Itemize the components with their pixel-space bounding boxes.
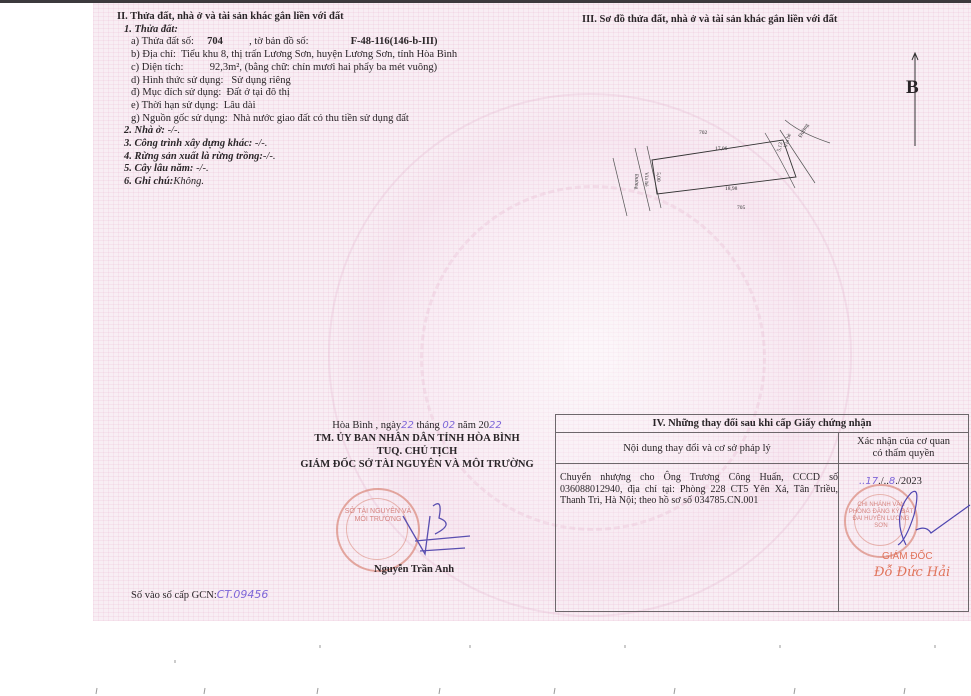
neighbor-bottom: 705 xyxy=(737,205,746,211)
address-row: b) Địa chỉ: Tiểu khu 8, thị trấn Lương S… xyxy=(117,49,457,62)
use-term-row: e) Thời hạn sử dụng: Lâu dài xyxy=(117,100,457,113)
forest-row: 4. Rừng sản xuất là rừng trồng:-/-. xyxy=(117,151,457,164)
signer-name: Nguyễn Trần Anh xyxy=(374,564,454,575)
item-value: Không. xyxy=(173,176,204,187)
month-label: tháng xyxy=(414,420,443,431)
authority-line-3: GIÁM ĐỐC SỞ TÀI NGUYÊN VÀ MÔI TRƯỜNG xyxy=(297,458,537,471)
land-heading: 1. Thửa đất: xyxy=(117,24,457,37)
bottom-margin-marks xyxy=(0,640,971,696)
map-label: , tờ bản đồ số: xyxy=(249,36,309,47)
map-number: F-48-116(146-b-III) xyxy=(351,36,438,47)
gcn-label: Số vào sổ cấp GCN: xyxy=(131,590,217,601)
item-value: -/-. xyxy=(263,151,276,162)
section-3-title: III. Sơ đồ thửa đất, nhà ở và tài sản kh… xyxy=(582,14,837,25)
confirm-title: GIÁM ĐỐC xyxy=(882,551,933,562)
signature-icon xyxy=(395,496,475,566)
signature-block: Hòa Bình , ngày22 tháng 02 năm 2022 TM. … xyxy=(297,419,537,471)
sign-date: Hòa Bình , ngày22 tháng 02 năm 2022 xyxy=(297,419,537,432)
item-label: 4. Rừng sản xuất là rừng trồng: xyxy=(124,151,263,162)
section-4-title: IV. Những thay đổi sau khi cấp Giấy chứn… xyxy=(556,415,968,433)
perennial-row: 5. Cây lâu năm: -/-. xyxy=(117,163,457,176)
right-road: Đường xyxy=(798,122,811,139)
item-label: 6. Ghi chú: xyxy=(124,176,173,187)
section-land-info: II. Thửa đất, nhà ở và tài sản khác gắn … xyxy=(117,11,457,189)
left-road: Đường xyxy=(633,174,639,190)
parcel-diagram: 702 17,06 18,98 705 5,00 Vỉa hè Đường 5,… xyxy=(605,118,835,218)
item-value: -/-. xyxy=(252,138,267,149)
neighbor-top: 702 xyxy=(699,130,708,136)
col2-line2: có thẩm quyền xyxy=(839,448,968,460)
parcel-number: 704 xyxy=(207,36,223,47)
item-label: 5. Cây lâu năm: xyxy=(124,163,193,174)
item-label: 3. Công trình xây dựng khác: xyxy=(124,138,252,149)
note-row: 6. Ghi chú:Không. xyxy=(117,176,457,189)
gcn-registry: Số vào sổ cấp GCN:CT.09456 xyxy=(131,588,268,601)
use-origin-row: g) Nguồn gốc sử dụng: Nhà nước giao đất … xyxy=(117,113,457,126)
area-value: 92,3m², (bằng chữ: chín mươi hai phẩy ba… xyxy=(210,62,437,73)
sign-year: 22 xyxy=(489,420,502,431)
sign-month: 02 xyxy=(442,420,455,431)
use-form-row: d) Hình thức sử dụng: Sử dụng riêng xyxy=(117,75,457,88)
col-change-content: Nội dung thay đổi và cơ sở pháp lý xyxy=(556,433,839,463)
item-value: -/-. xyxy=(193,163,208,174)
col2-line1: Xác nhận của cơ quan xyxy=(839,436,968,448)
changes-table: IV. Những thay đổi sau khi cấp Giấy chứn… xyxy=(555,414,969,612)
change-content: Chuyển nhượng cho Ông Trương Công Huấn, … xyxy=(556,464,839,611)
section-2-title: II. Thửa đất, nhà ở và tài sản khác gắn … xyxy=(117,11,457,24)
sign-place: Hòa Bình , ngày xyxy=(332,420,401,431)
year-label: năm 20 xyxy=(455,420,489,431)
changes-header: Nội dung thay đổi và cơ sở pháp lý Xác n… xyxy=(556,433,968,464)
use-purpose-row: đ) Mục đích sử dụng: Đất ở tại đô thị xyxy=(117,87,457,100)
left-curb: Vỉa hè xyxy=(643,172,649,187)
confirm-name: Đỗ Đức Hải xyxy=(874,565,950,580)
item-value: -/-. xyxy=(165,125,180,136)
parcel-label: a) Thửa đất số: xyxy=(131,36,194,47)
house-row: 2. Nhà ở: -/-. xyxy=(117,125,457,138)
bottom-edge: 18,98 xyxy=(725,186,738,192)
authority-line-1: TM. ỦY BAN NHÂN DÂN TỈNH HÒA BÌNH xyxy=(297,432,537,445)
parcel-row: a) Thửa đất số: 704 , tờ bản đồ số: F-48… xyxy=(117,36,457,49)
authority-line-2: TUQ. CHỦ TỊCH xyxy=(297,445,537,458)
col-confirmation: Xác nhận của cơ quancó thẩm quyền xyxy=(839,433,968,463)
sign-day: 22 xyxy=(401,420,414,431)
other-construction-row: 3. Công trình xây dựng khác: -/-. xyxy=(117,138,457,151)
north-label: B xyxy=(906,77,919,99)
item-label: 2. Nhà ở: xyxy=(124,125,165,136)
left-edge: 5,00 xyxy=(655,172,661,182)
area-row: c) Diện tích: 92,3m², (bằng chữ: chín mư… xyxy=(117,62,457,75)
top-edge: 17,06 xyxy=(715,146,728,152)
right-curb: Vỉa hè xyxy=(783,132,793,148)
gcn-number: CT.09456 xyxy=(217,588,269,601)
area-label: c) Diện tích: xyxy=(131,62,183,73)
confirm-signature-icon xyxy=(886,485,971,555)
